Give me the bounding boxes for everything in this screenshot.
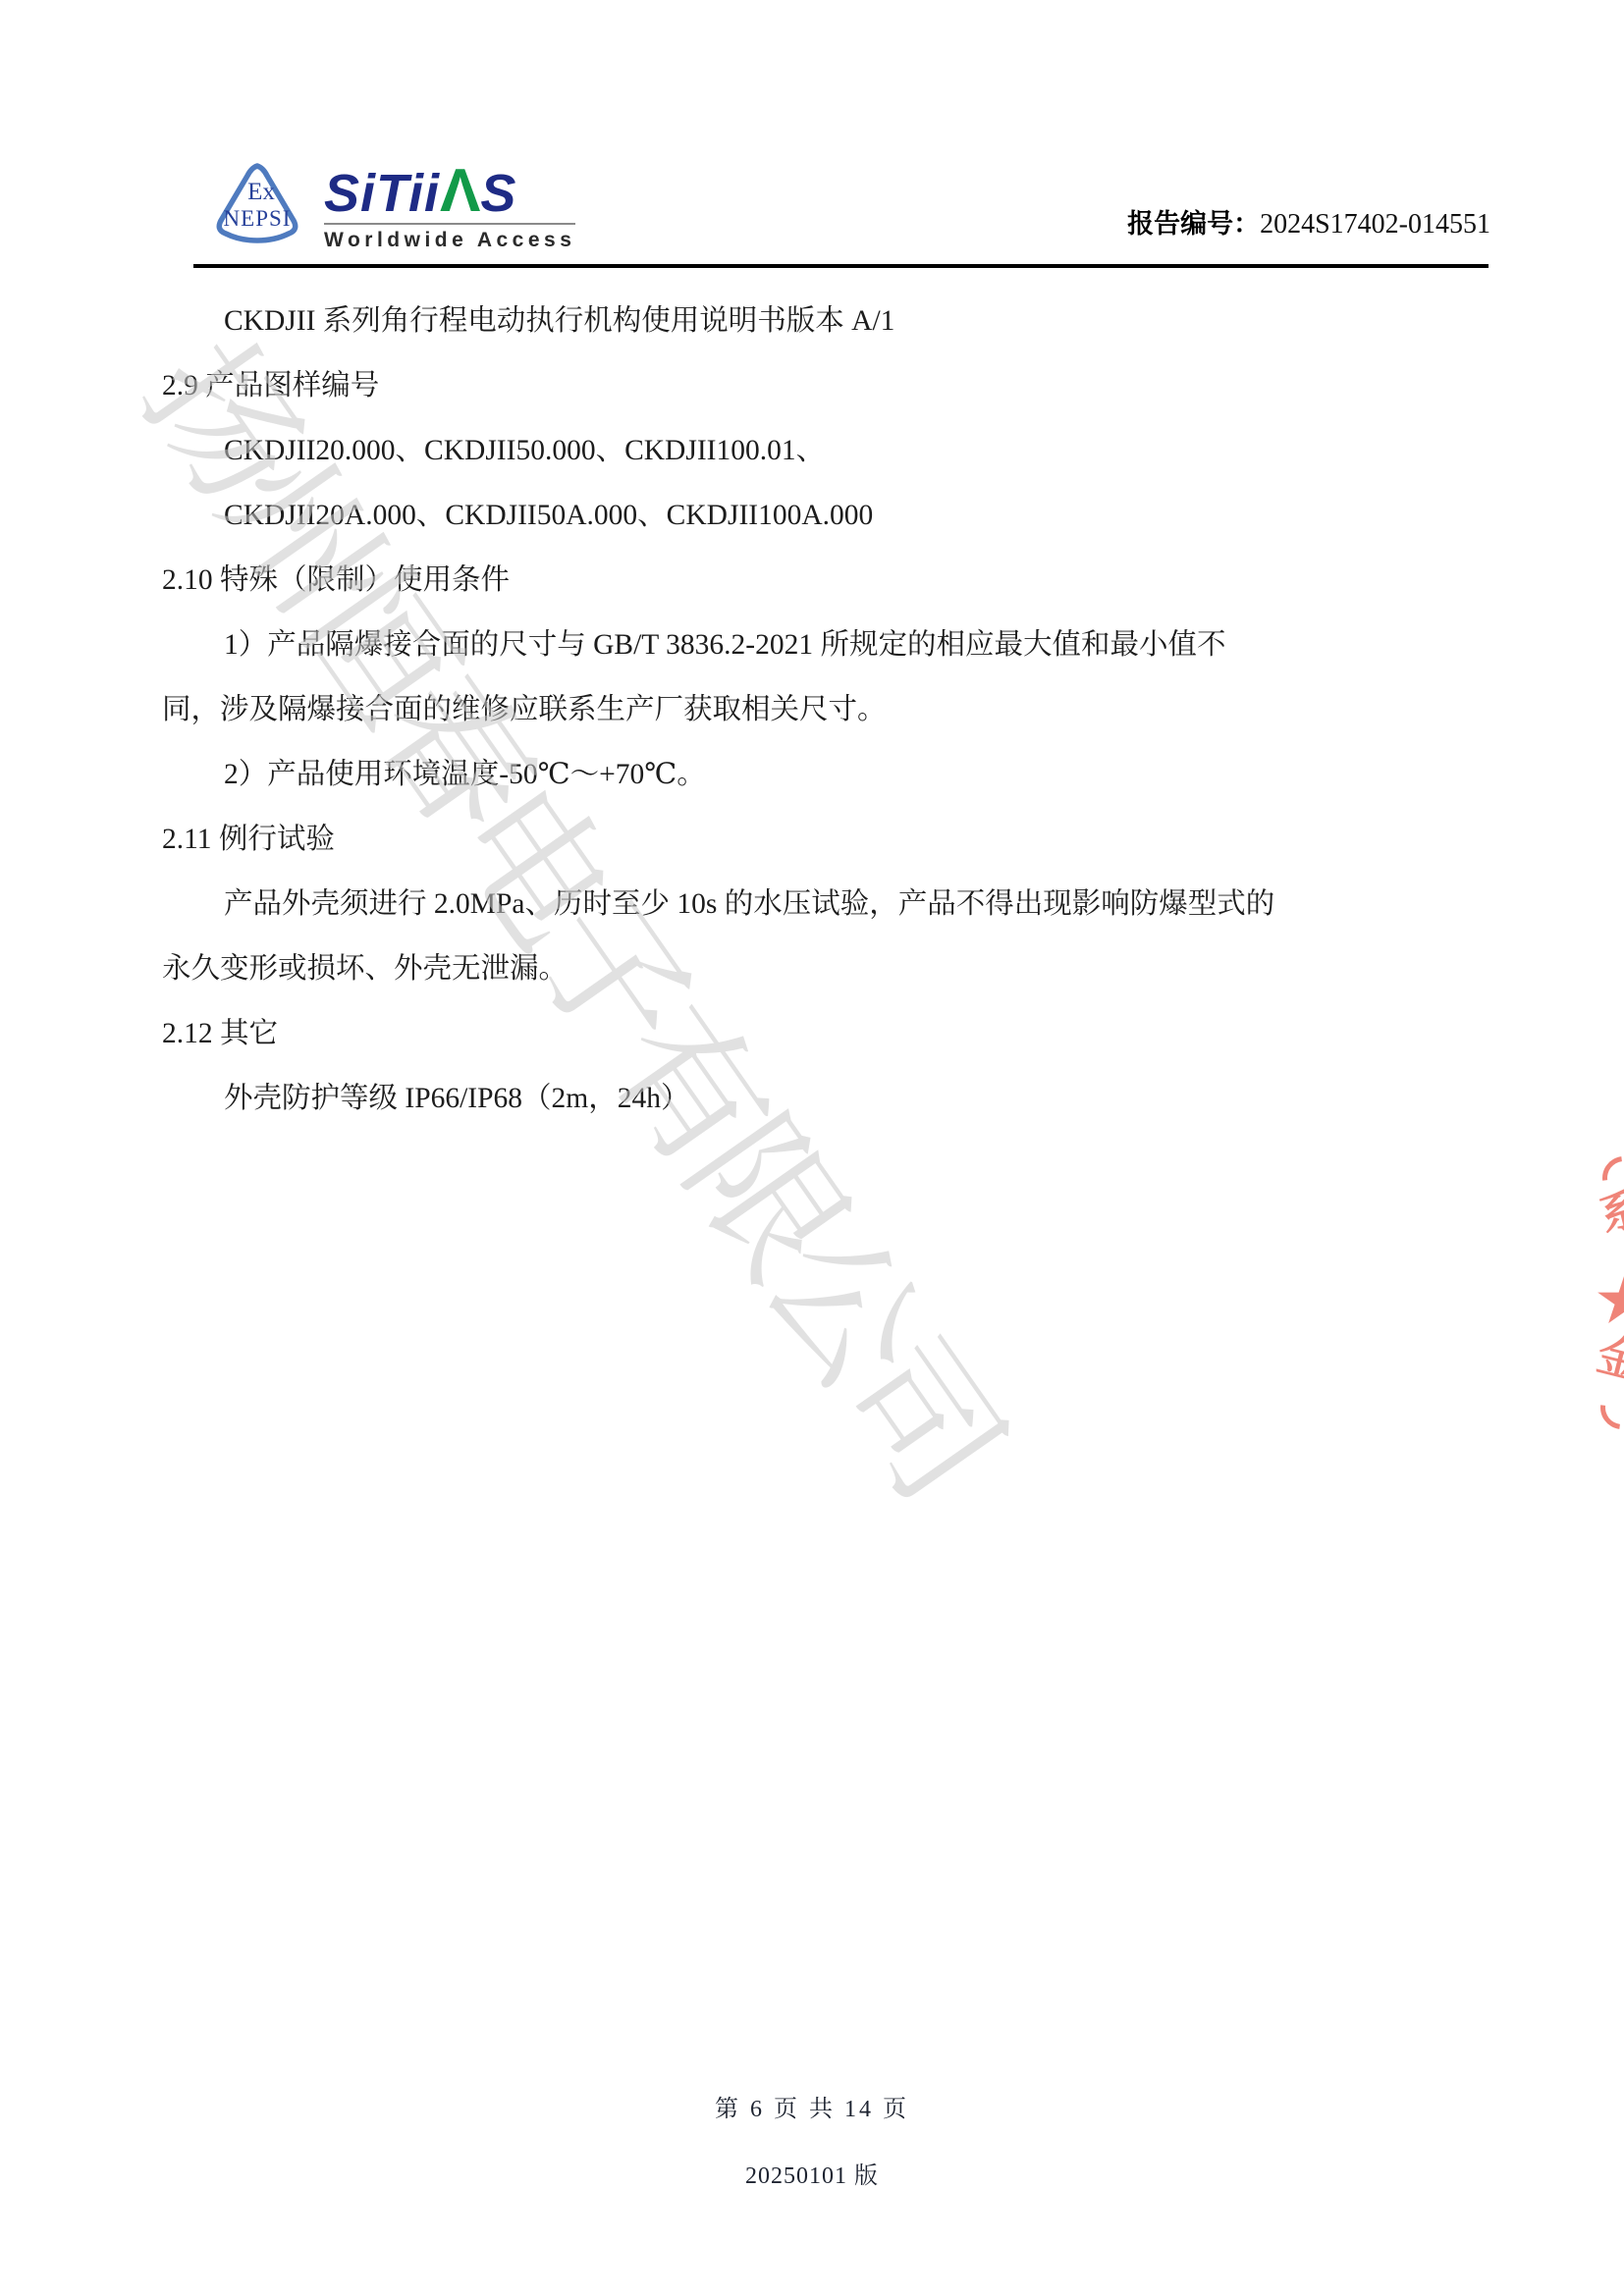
- nepsi-triangle-icon: Ex NEPSI: [208, 159, 306, 251]
- document-body: CKDJII 系列角行程电动执行机构使用说明书版本 A/1 2.9 产品图样编号…: [0, 289, 1624, 1131]
- body-line: 外壳防护等级 IP66/IP68（2m，24h）: [0, 1066, 1624, 1131]
- body-line: 1）产品隔爆接合面的尺寸与 GB/T 3836.2-2021 所规定的相应最大值…: [0, 613, 1624, 677]
- body-line: 永久变形或损坏、外壳无泄漏。: [0, 936, 1624, 1001]
- seal-character: 系: [1593, 1172, 1624, 1244]
- section-heading-2-9: 2.9 产品图样编号: [0, 353, 1624, 418]
- logo-nepsi-label: NEPSI: [224, 206, 292, 231]
- brand-green-a: Λ: [440, 157, 480, 225]
- body-line: CKDJII 系列角行程电动执行机构使用说明书版本 A/1: [0, 289, 1624, 353]
- sitiias-wordmark: SiTiiΛS: [324, 163, 594, 222]
- logo-ex-label: Ex: [247, 179, 275, 205]
- section-heading-2-11: 2.11 例行试验: [0, 807, 1624, 872]
- sitiias-logo: SiTiiΛS Worldwide Access: [324, 163, 594, 252]
- body-line: CKDJII20A.000、CKDJII50A.000、CKDJII100A.0…: [0, 483, 1624, 548]
- brand-right: S: [480, 164, 516, 223]
- seal-arc-icon: [1594, 1148, 1624, 1208]
- body-line: 同，涉及隔爆接合面的维修应联系生产厂获取相关尺寸。: [0, 677, 1624, 742]
- version-label: 20250101 版: [0, 2156, 1624, 2190]
- nepsi-ex-logo: Ex NEPSI: [208, 159, 306, 251]
- header-divider: [193, 264, 1489, 268]
- seal-character: 金: [1592, 1318, 1624, 1392]
- body-line: 产品外壳须进行 2.0MPa、历时至少 10s 的水压试验，产品不得出现影响防爆…: [0, 872, 1624, 936]
- body-line: 2）产品使用环境温度-50℃～+70℃。: [0, 742, 1624, 807]
- brand-left: SiTii: [324, 164, 440, 223]
- report-number-label: 报告编号：: [1127, 209, 1260, 239]
- body-line: CKDJII20.000、CKDJII50.000、CKDJII100.01、: [0, 418, 1624, 483]
- seal-star-icon: [1597, 1273, 1624, 1328]
- section-heading-2-10: 2.10 特殊（限制）使用条件: [0, 548, 1624, 613]
- report-page: Ex NEPSI SiTiiΛS Worldwide Access 报告编号：2…: [0, 0, 1624, 2296]
- brand-tagline: Worldwide Access: [324, 229, 594, 252]
- report-number-block: 报告编号：2024S17402-014551: [1127, 202, 1490, 240]
- report-number-value: 2024S17402-014551: [1260, 209, 1490, 240]
- section-heading-2-12: 2.12 其它: [0, 1001, 1624, 1066]
- page-number: 第 6 页 共 14 页: [0, 2089, 1624, 2123]
- seal-arc-icon: [1592, 1377, 1624, 1438]
